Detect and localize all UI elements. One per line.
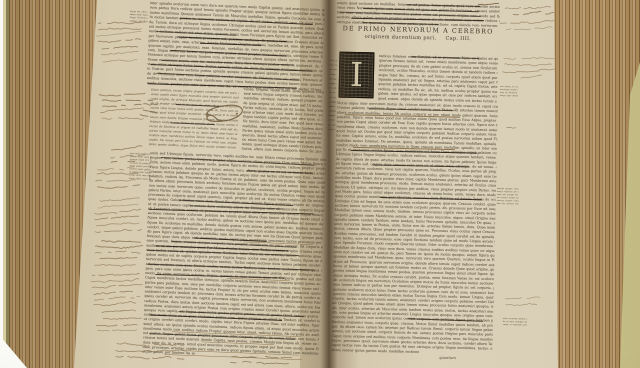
vignette-overlay [0, 0, 640, 368]
photograph: DE PRIMO NERVORUM A CEREBRO originem duc… [0, 0, 640, 368]
